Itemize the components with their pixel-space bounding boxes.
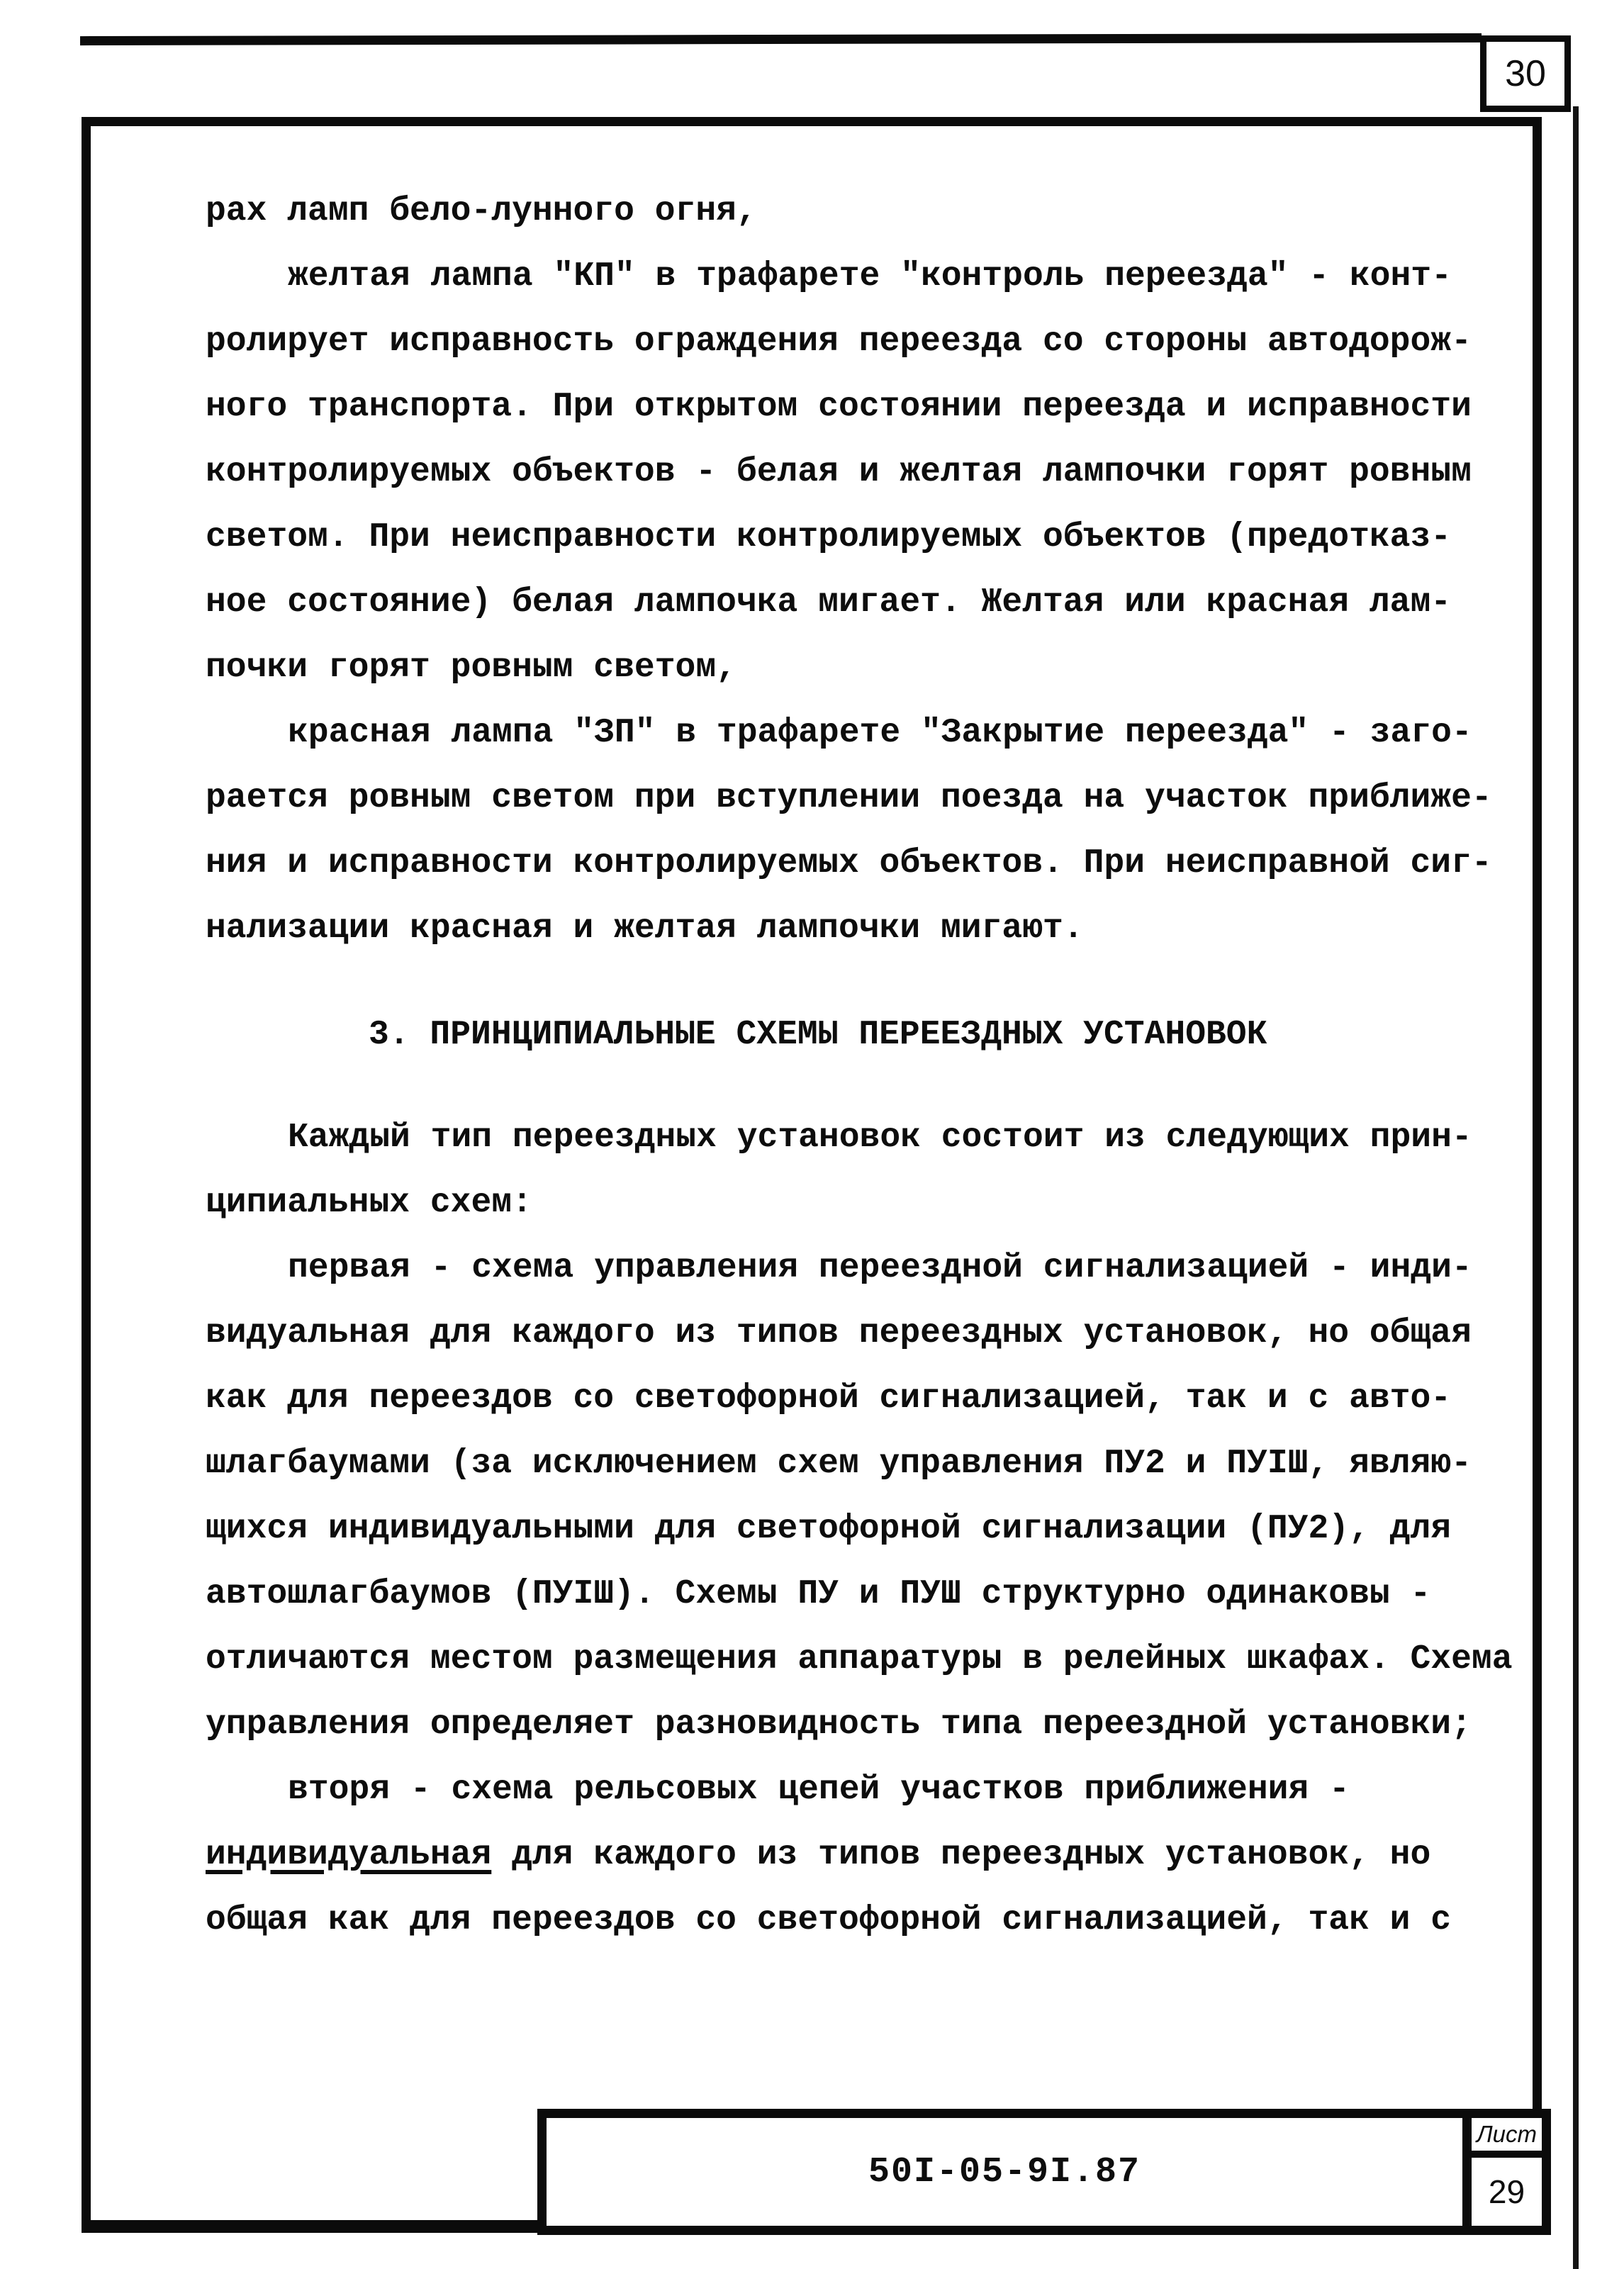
page-number: 30 bbox=[1505, 52, 1546, 95]
text-line: ролирует исправность ограждения переезда… bbox=[206, 309, 1490, 374]
document-page: 30 рах ламп бело-лунного огня,желтая лам… bbox=[0, 0, 1624, 2269]
text-line: ципиальных схем: bbox=[206, 1170, 1490, 1236]
text-line: ное состояние) белая лампочка мигает. Же… bbox=[206, 570, 1490, 635]
text-line: как для переездов со светофорной сигнали… bbox=[206, 1366, 1490, 1431]
underlined-word: индивидуальная bbox=[206, 1836, 491, 1874]
text-line: отличаются местом размещения аппаратуры … bbox=[206, 1627, 1490, 1692]
text-line: щихся индивидуальными для светофорной си… bbox=[206, 1496, 1490, 1562]
text-line: Каждый тип переездных установок состоит … bbox=[206, 1105, 1490, 1170]
text-line: общая как для переездов со светофорной с… bbox=[206, 1888, 1490, 1953]
page-number-box: 30 bbox=[1480, 35, 1571, 112]
sheet-column: Лист 29 bbox=[1472, 2118, 1542, 2226]
text-line: контролируемых объектов - белая и желтая… bbox=[206, 439, 1490, 505]
text-line: управления определяет разновидность типа… bbox=[206, 1692, 1490, 1757]
text-line: ного транспорта. При открытом состоянии … bbox=[206, 374, 1490, 439]
page-top-edge-line bbox=[80, 33, 1482, 45]
text-line: рах ламп бело-лунного огня, bbox=[206, 179, 1490, 244]
doc-code: 50I-05-9I.87 bbox=[868, 2152, 1141, 2192]
text-line: ния и исправности контролируемых объекто… bbox=[206, 831, 1490, 896]
page-right-edge-line bbox=[1573, 106, 1579, 2269]
text-area: рах ламп бело-лунного огня,желтая лампа … bbox=[206, 179, 1490, 1953]
text-line: нализации красная и желтая лампочки мига… bbox=[206, 896, 1490, 961]
sheet-number: 29 bbox=[1472, 2158, 1542, 2226]
text-line: автошлагбаумов (ПУIШ). Схемы ПУ и ПУШ ст… bbox=[206, 1562, 1490, 1627]
text-line: почки горят ровным светом, bbox=[206, 635, 1490, 700]
text-line: индивидуальная для каждого из типов пере… bbox=[206, 1822, 1490, 1888]
section-heading: 3. ПРИНЦИПИАЛЬНЫЕ СХЕМЫ ПЕРЕЕЗДНЫХ УСТАН… bbox=[206, 1002, 1490, 1068]
text-line: светом. При неисправности контролируемых… bbox=[206, 505, 1490, 570]
title-block: 50I-05-9I.87 Лист 29 bbox=[537, 2109, 1551, 2235]
sheet-label: Лист bbox=[1472, 2118, 1542, 2158]
content-frame: рах ламп бело-лунного огня,желтая лампа … bbox=[82, 117, 1542, 2233]
doc-code-cell: 50I-05-9I.87 bbox=[547, 2118, 1472, 2226]
text-line: желтая лампа "КП" в трафарете "контроль … bbox=[206, 244, 1490, 309]
text-line: рается ровным светом при вступлении поез… bbox=[206, 766, 1490, 831]
text-line: видуальная для каждого из типов переездн… bbox=[206, 1301, 1490, 1366]
text-line: красная лампа "ЗП" в трафарете "Закрытие… bbox=[206, 700, 1490, 766]
text-line: первая - схема управления переездной сиг… bbox=[206, 1236, 1490, 1301]
text-line: шлагбаумами (за исключением схем управле… bbox=[206, 1431, 1490, 1496]
text-line: вторя - схема рельсовых цепей участков п… bbox=[206, 1757, 1490, 1822]
